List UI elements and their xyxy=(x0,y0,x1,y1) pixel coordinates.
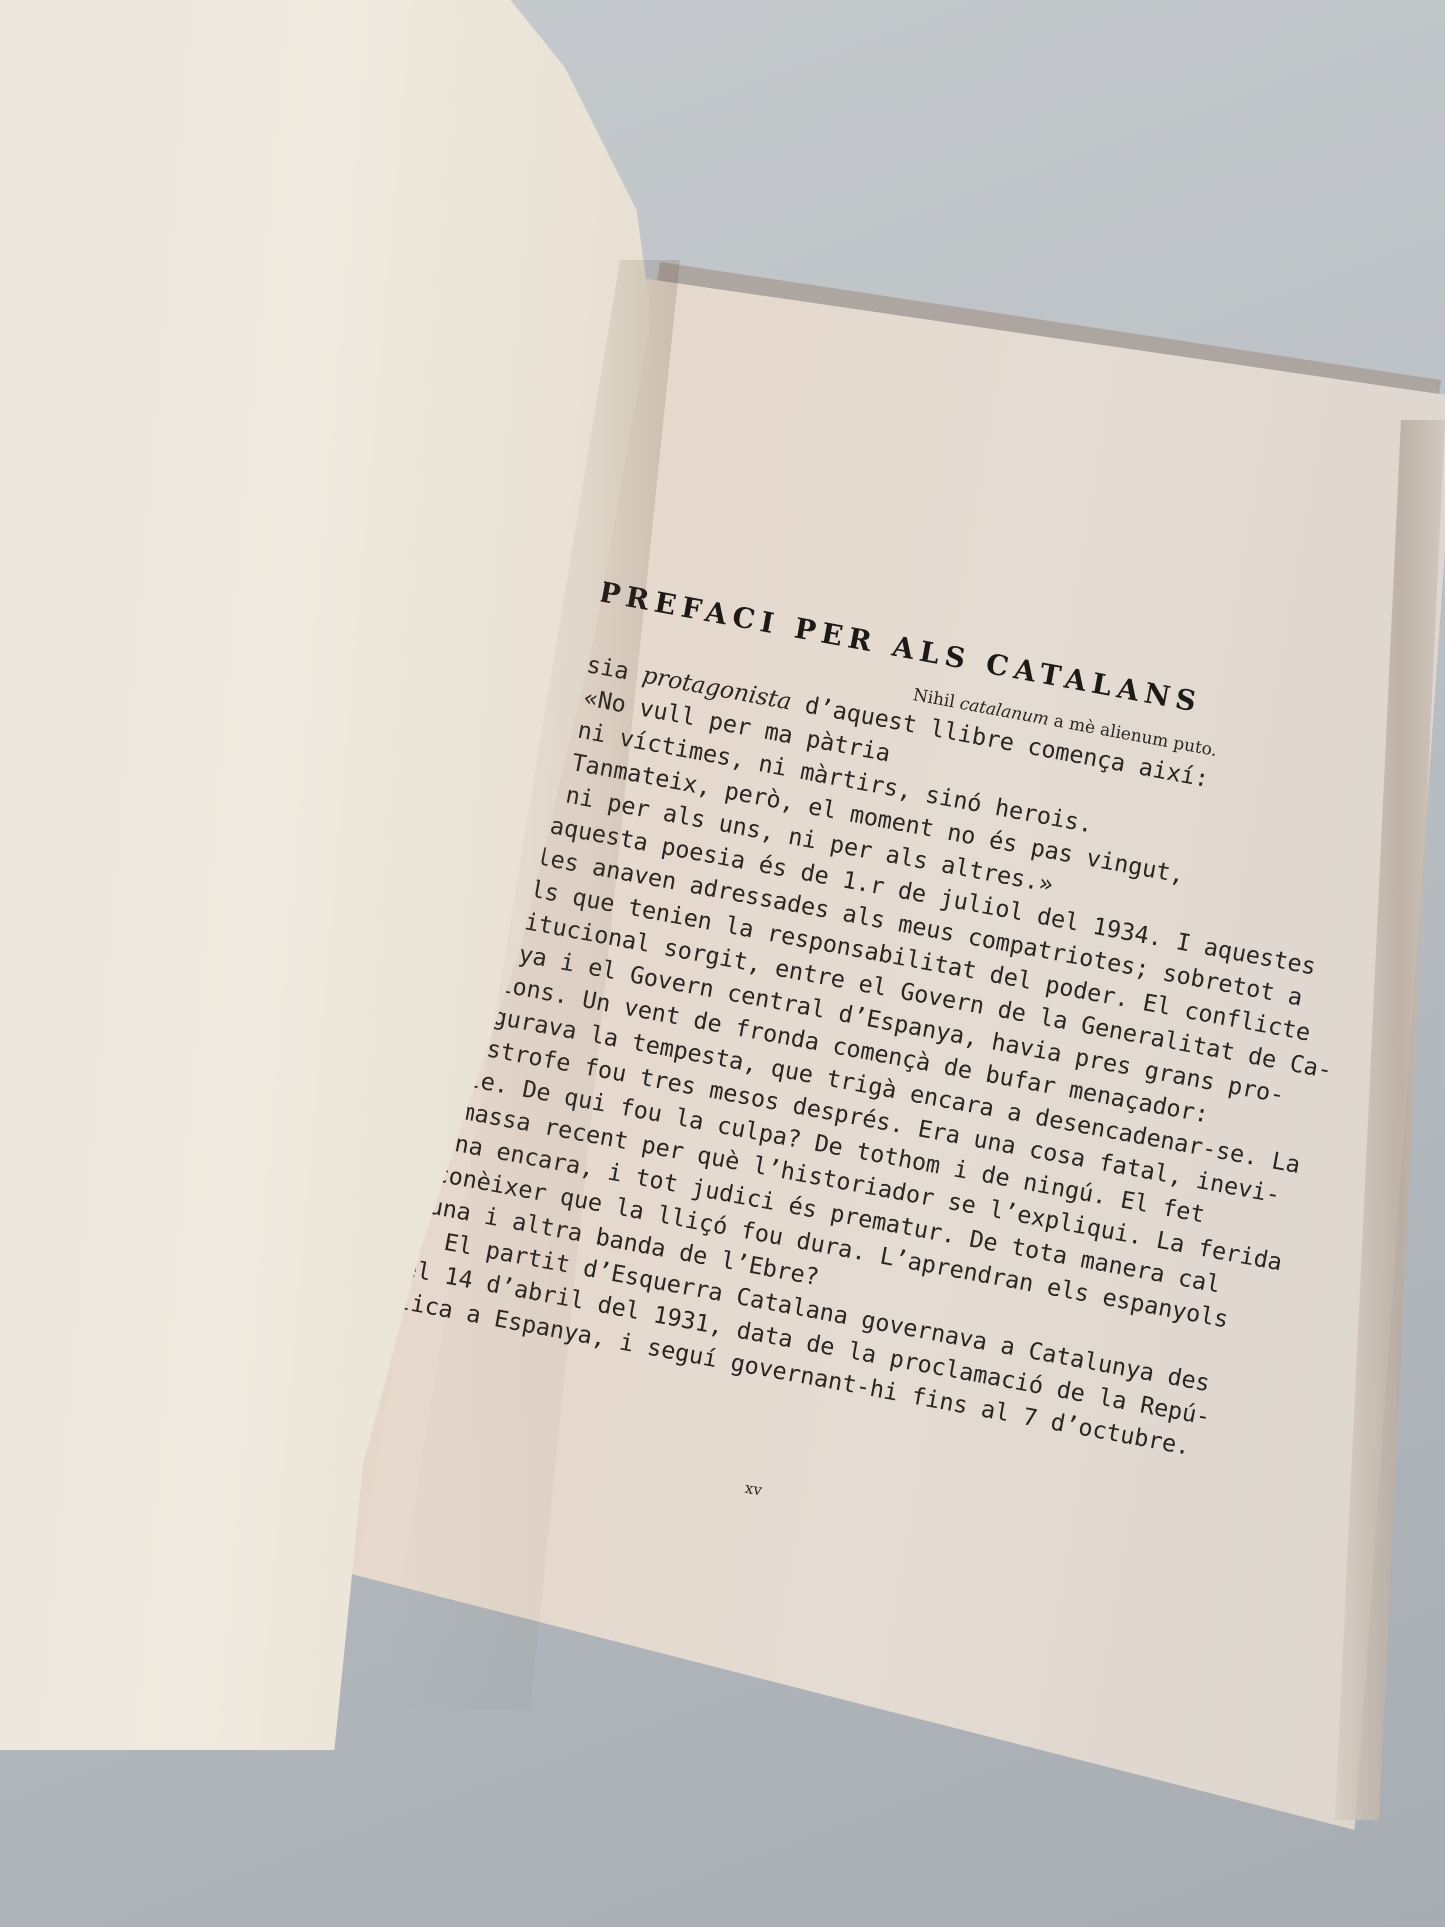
photo-scene: PREFACI PER ALS CATALANS Nihil catalanum… xyxy=(0,0,1445,1927)
page-number: xv xyxy=(744,1479,764,1500)
